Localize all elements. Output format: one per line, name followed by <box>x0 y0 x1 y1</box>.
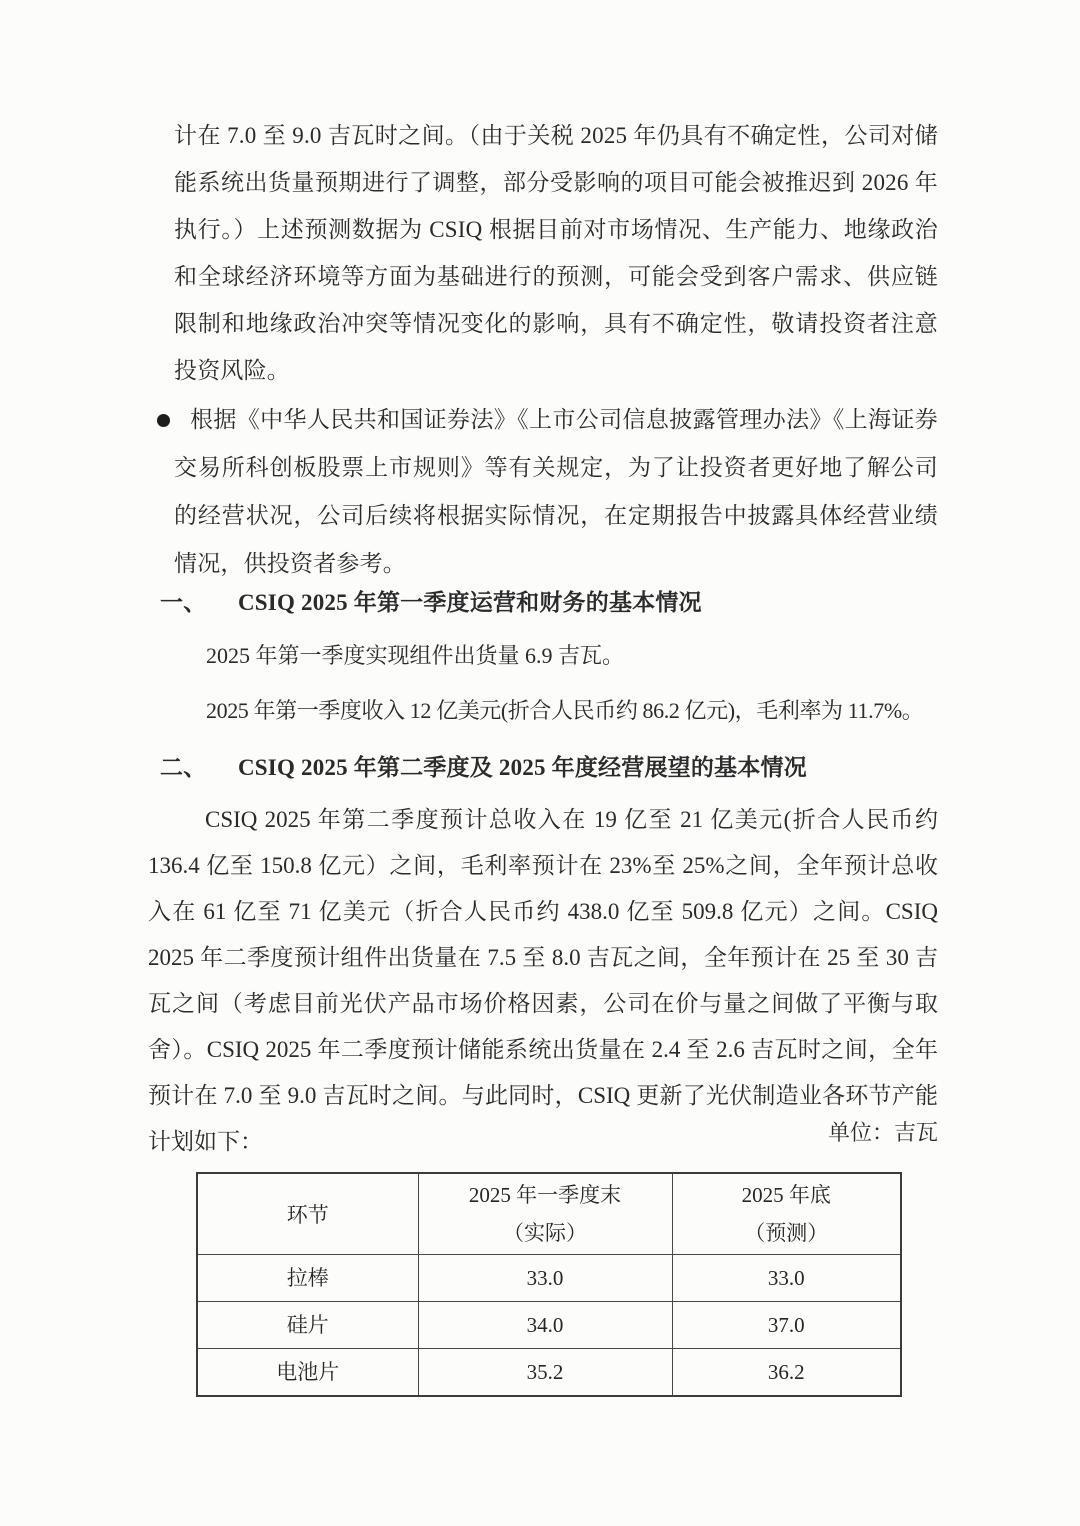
capacity-table: 环节 2025 年一季度末 （实际） 2025 年底 （预测） 拉棒 33.0 … <box>196 1172 902 1397</box>
header-cell-stage: 环节 <box>197 1173 418 1255</box>
table-row: 硅片 34.0 37.0 <box>197 1302 901 1349</box>
header-q1-line1: 2025 年一季度末 <box>419 1176 672 1214</box>
section2-title: CSIQ 2025 年第二季度及 2025 年度经营展望的基本情况 <box>238 755 807 780</box>
cell-yearend-forecast: 36.2 <box>672 1349 901 1397</box>
section2-heading: 二、CSIQ 2025 年第二季度及 2025 年度经营展望的基本情况 <box>160 751 807 785</box>
header-q1-line2: （实际） <box>419 1214 672 1252</box>
section1-heading: 一、CSIQ 2025 年第一季度运营和财务的基本情况 <box>160 586 702 620</box>
section1-number: 一、 <box>160 586 238 620</box>
header-cell-yearend-forecast: 2025 年底 （预测） <box>672 1173 901 1255</box>
section1-title: CSIQ 2025 年第一季度运营和财务的基本情况 <box>238 590 702 615</box>
cell-q1-actual: 35.2 <box>418 1349 672 1397</box>
cell-q1-actual: 34.0 <box>418 1302 672 1349</box>
cell-stage: 拉棒 <box>197 1255 418 1302</box>
cell-stage: 电池片 <box>197 1349 418 1397</box>
header-yearend-line1: 2025 年底 <box>673 1176 901 1214</box>
table-row: 拉棒 33.0 33.0 <box>197 1255 901 1302</box>
section2-number: 二、 <box>160 751 238 785</box>
header-yearend-line2: （预测） <box>673 1214 901 1252</box>
intro-paragraph: 计在 7.0 至 9.0 吉瓦时之间。（由于关税 2025 年仍具有不确定性，公… <box>174 112 938 394</box>
table-header-row: 环节 2025 年一季度末 （实际） 2025 年底 （预测） <box>197 1173 901 1255</box>
table-row: 电池片 35.2 36.2 <box>197 1349 901 1397</box>
cell-q1-actual: 33.0 <box>418 1255 672 1302</box>
section1-paragraph-shipments: 2025 年第一季度实现组件出货量 6.9 吉瓦。 <box>206 632 624 679</box>
cell-yearend-forecast: 33.0 <box>672 1255 901 1302</box>
cell-stage: 硅片 <box>197 1302 418 1349</box>
header-cell-q1-actual: 2025 年一季度末 （实际） <box>418 1173 672 1255</box>
section1-paragraph-revenue: 2025 年第一季度收入 12 亿美元(折合人民币约 86.2 亿元)，毛利率为… <box>206 687 923 734</box>
bullet-item-text: 根据《中华人民共和国证券法》《上市公司信息披露管理办法》《上海证券交易所科创板股… <box>174 396 938 588</box>
cell-yearend-forecast: 37.0 <box>672 1302 901 1349</box>
table-unit-label: 单位：吉瓦 <box>148 1110 958 1156</box>
document-page: 计在 7.0 至 9.0 吉瓦时之间。（由于关税 2025 年仍具有不确定性，公… <box>0 0 1080 1526</box>
bullet-icon <box>157 414 170 427</box>
